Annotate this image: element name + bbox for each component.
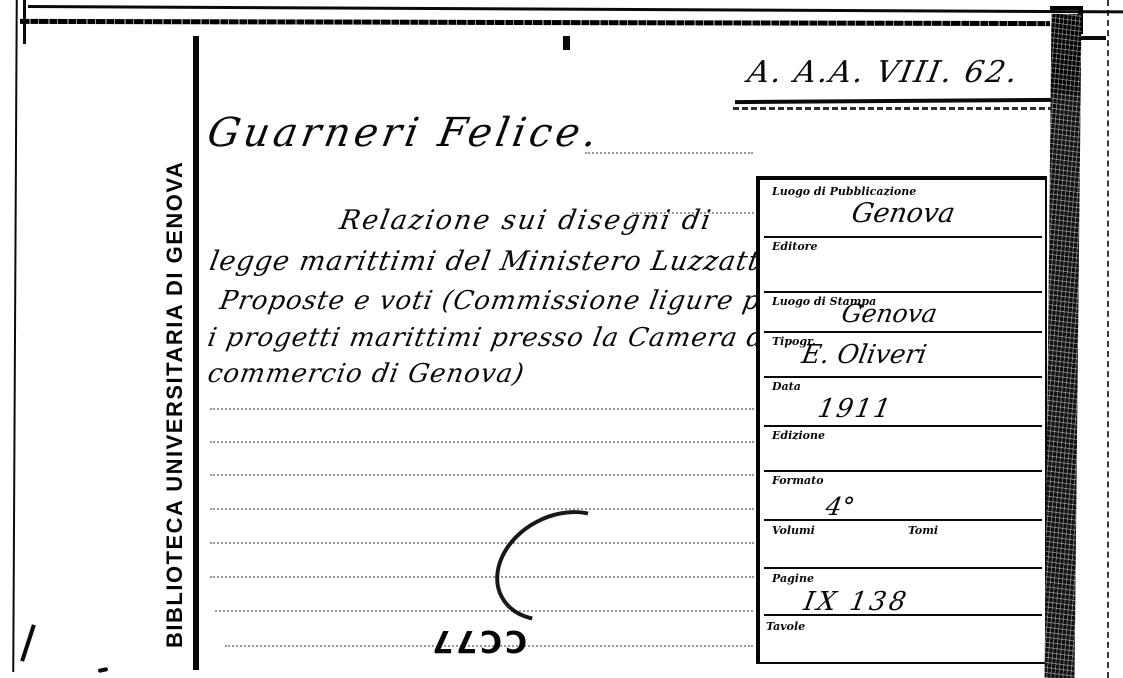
field-value-luogo-pubblicazione: Genova xyxy=(849,198,957,229)
field-line xyxy=(764,519,1042,521)
ruling-dotted-line xyxy=(210,408,754,410)
field-label-pagine: Pagine xyxy=(772,572,814,585)
inverted-number-stamp: CC77 xyxy=(437,616,527,658)
ruling-dotted-line xyxy=(210,441,754,443)
field-value-data: 1911 xyxy=(815,394,894,424)
top-small-tick xyxy=(563,36,570,50)
field-label-edizione: Edizione xyxy=(772,429,825,442)
field-line xyxy=(764,567,1042,569)
field-label-formato: Formato xyxy=(772,474,824,487)
ruling-dotted-line xyxy=(210,474,754,476)
ink-speck xyxy=(98,667,109,673)
field-line xyxy=(764,425,1042,427)
field-label-luogo-pubblicazione: Luogo di Pubblicazione xyxy=(772,185,916,198)
field-line xyxy=(764,614,1042,616)
stray-slash-mark xyxy=(20,624,36,661)
card-left-edge-double xyxy=(23,0,26,44)
ruling-dotted-line xyxy=(210,508,754,510)
author-heading: Guarneri Felice. xyxy=(204,110,604,156)
field-label-tavole: Tavole xyxy=(766,620,805,633)
binder-rod-shadow xyxy=(1045,14,1082,678)
title-line-3: Proposte e voti (Commissione ligure per xyxy=(217,286,793,316)
library-name-vertical: BIBLIOTECA UNIVERSITARIA DI GENOVA xyxy=(162,108,194,648)
field-line xyxy=(764,470,1042,472)
card-left-edge xyxy=(12,0,18,672)
top-right-tick xyxy=(1080,36,1106,40)
field-value-pagine: IX 138 xyxy=(801,587,911,617)
field-label-volumi: Volumi xyxy=(772,524,815,537)
card-top-edge xyxy=(20,19,1050,26)
title-line-1: Relazione sui disegni di xyxy=(337,205,715,236)
inverted-number-stamp-text: CC77 xyxy=(429,623,527,658)
field-label-data: Data xyxy=(772,380,801,393)
title-line-2: legge marittimi del Ministero Luzzatti. xyxy=(207,246,782,277)
field-label-tomi: Tomi xyxy=(908,524,938,537)
field-line xyxy=(764,291,1042,293)
shelfmark-underline xyxy=(735,98,1055,104)
field-line xyxy=(764,376,1042,378)
title-line-5: commercio di Genova) xyxy=(205,359,527,389)
ruling-dotted-line xyxy=(210,542,754,544)
field-value-tipografo: E. Oliveri xyxy=(799,340,929,370)
ruling-dotted-line xyxy=(215,610,753,612)
ruling-dotted-line xyxy=(632,212,754,214)
field-line xyxy=(764,236,1042,238)
field-label-editore: Editore xyxy=(772,240,817,253)
scan-top-line xyxy=(28,5,1123,13)
ruling-dotted-line xyxy=(585,152,753,154)
scan-right-edge-line xyxy=(1107,0,1109,678)
shelfmark: A. A.A. VIII. 62. xyxy=(745,55,1022,90)
field-value-formato: 4° xyxy=(823,492,857,521)
title-line-4: i progetti marittimi presso la Camera di xyxy=(205,323,776,353)
bibliographic-form-box: Luogo di Pubblicazione Genova Editore Lu… xyxy=(756,176,1047,664)
field-value-luogo-stampa: Genova xyxy=(839,299,939,328)
catalog-card-scan: BIBLIOTECA UNIVERSITARIA DI GENOVA A. A.… xyxy=(0,0,1123,678)
shelfmark-underline-dashed xyxy=(733,107,1063,110)
ruling-dotted-line xyxy=(210,576,754,578)
field-line xyxy=(764,331,1042,333)
